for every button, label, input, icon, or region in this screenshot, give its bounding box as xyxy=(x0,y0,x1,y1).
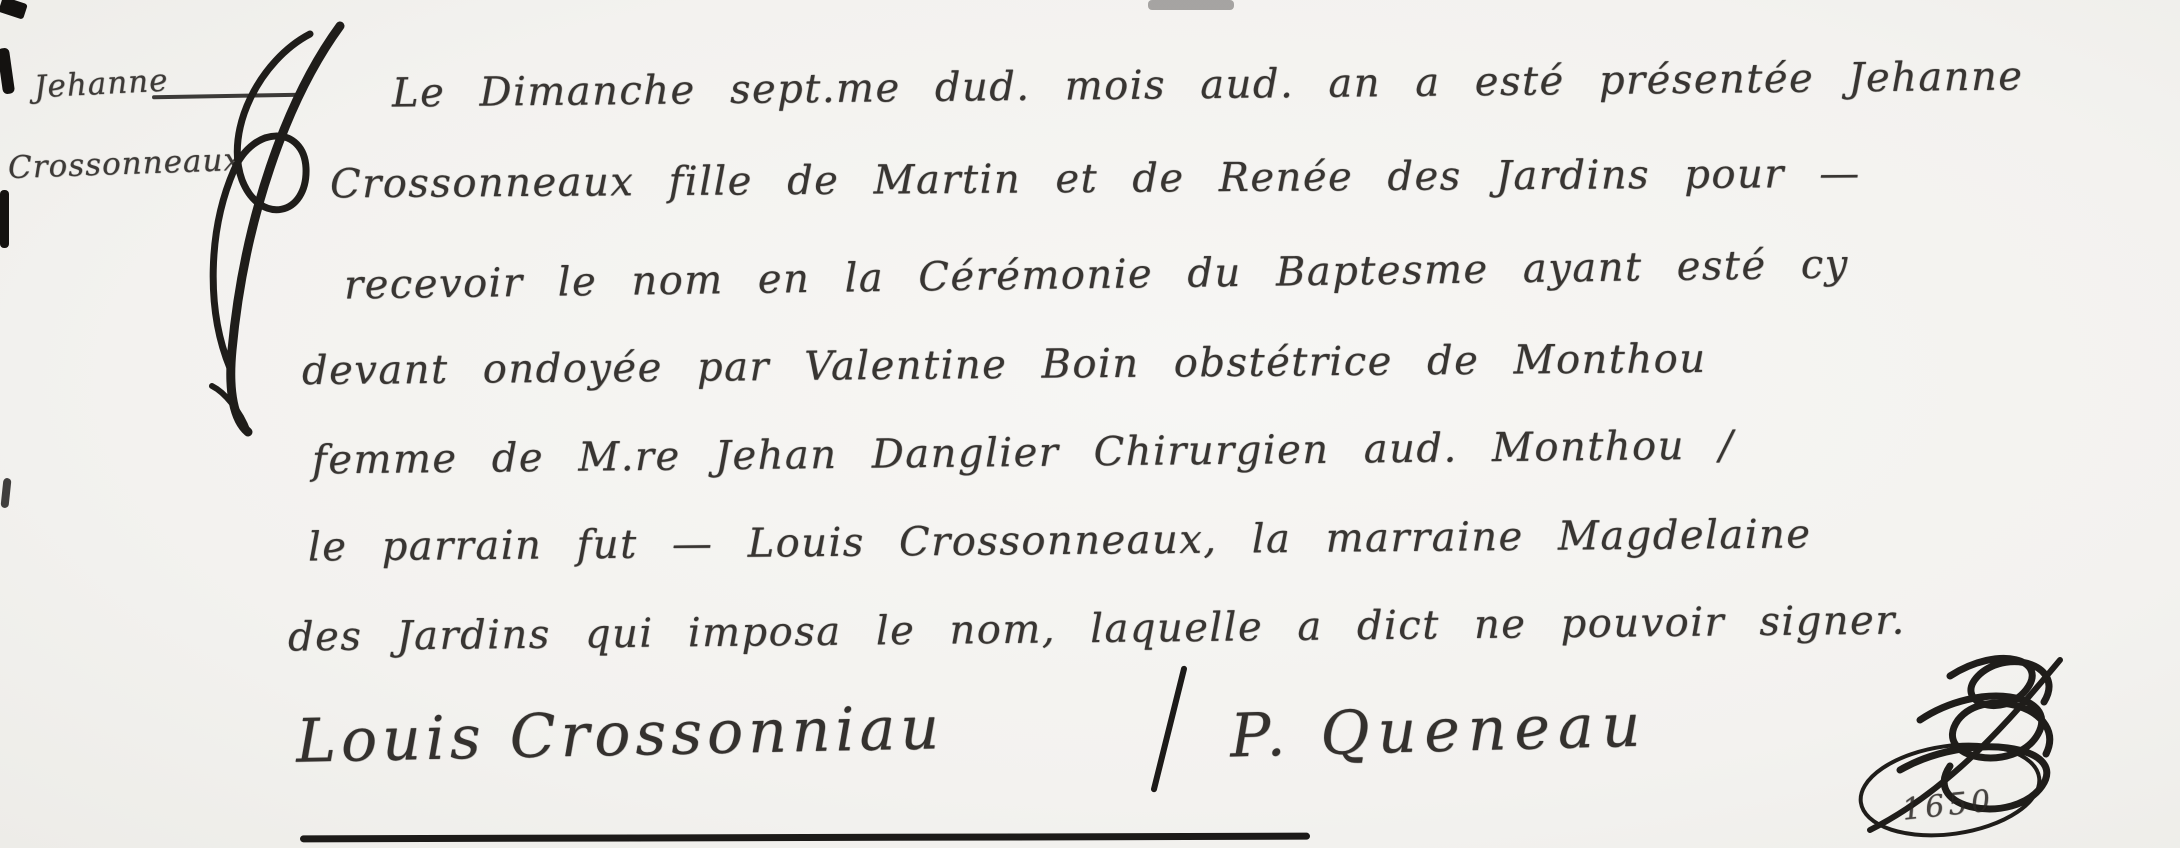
body-line: devant ondoyée par Valentine Boin obstét… xyxy=(302,336,1707,394)
margin-note-firstname: Jehanne xyxy=(33,63,169,106)
signature-slash xyxy=(1150,665,1187,793)
bottom-rule xyxy=(300,833,1310,843)
body-line: des Jardins qui imposa le nom, laquelle … xyxy=(288,598,1906,661)
signature-priest: P. Queneau xyxy=(1229,691,1649,772)
edge-artifact xyxy=(1148,0,1234,10)
body-line: recevoir le nom en la Cérémonie du Bapte… xyxy=(344,241,1849,308)
document-scan: Jehanne Crossonneaux Le Dimanche sept.me… xyxy=(0,0,2180,848)
edge-artifact xyxy=(0,190,9,248)
body-line: femme de M.re Jehan Danglier Chirurgien … xyxy=(312,423,1734,484)
body-line: Le Dimanche sept.me dud. mois aud. an a … xyxy=(392,53,2024,116)
edge-artifact xyxy=(0,0,28,20)
body-line: le parrain fut — Louis Crossonneaux, la … xyxy=(308,511,1812,570)
edge-artifact xyxy=(0,47,15,94)
edge-artifact xyxy=(0,478,11,509)
body-line: Crossonneaux fille de Martin et de Renée… xyxy=(330,151,1861,208)
signature-godfather: Louis Crossonniau xyxy=(295,693,944,777)
